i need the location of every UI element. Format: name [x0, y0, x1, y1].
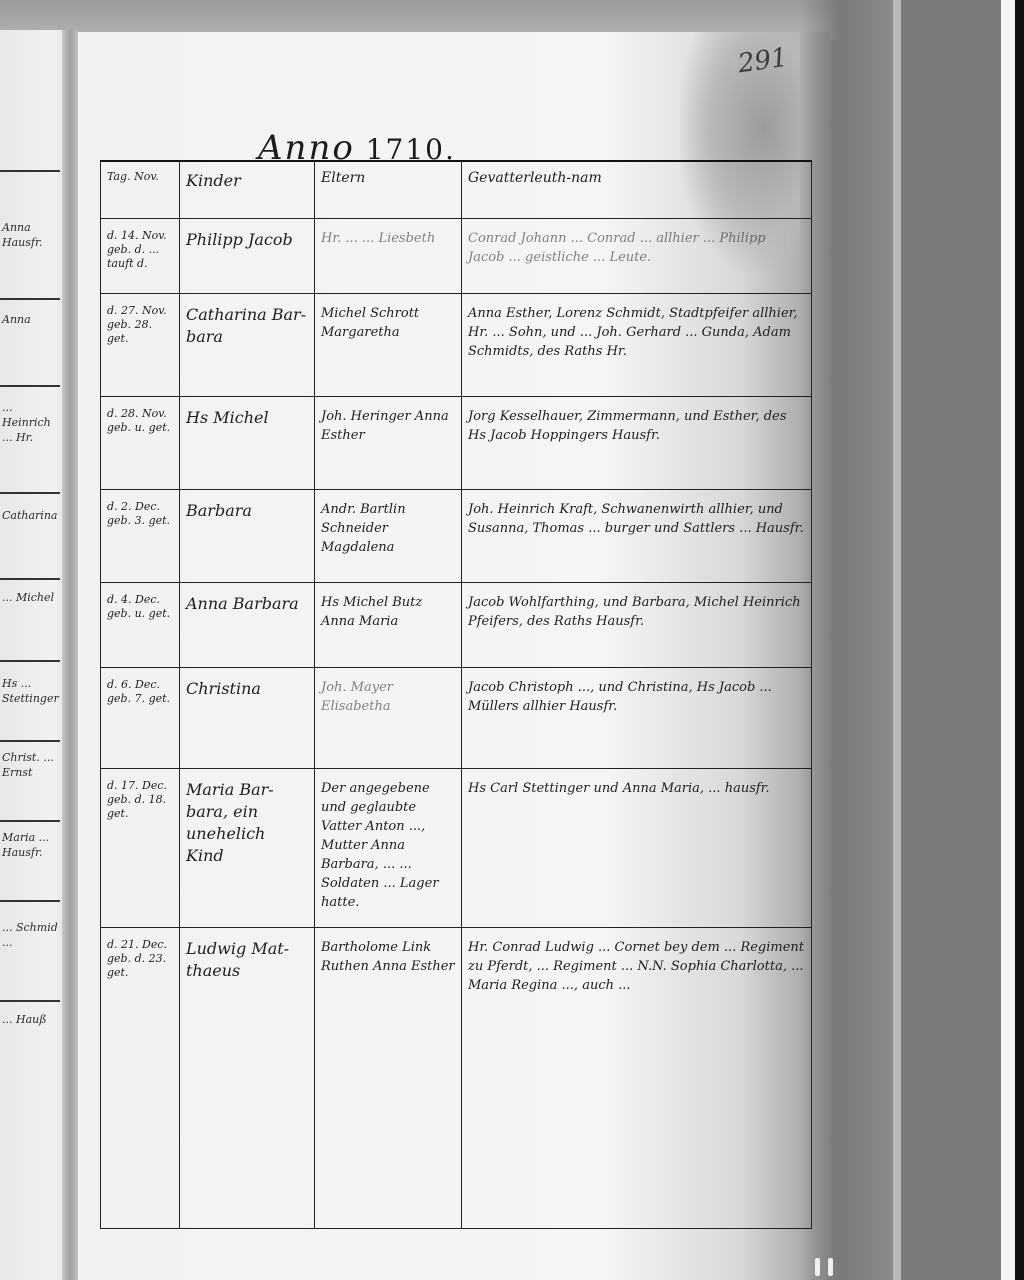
entry-godparents: Anna Esther, Lorenz Schmidt, Stadtpfeife…: [462, 294, 812, 397]
entry-child: Catharina Bar-bara: [180, 294, 315, 397]
left-fragment: Anna: [2, 312, 62, 327]
entry-godparents: Conrad Johann ... Conrad ... allhier ...…: [462, 219, 812, 294]
entry-parents: Bartholome Link Ruthen Anna Esther: [315, 928, 462, 1229]
table-row: d. 2. Dec. geb. 3. get. Barbara Andr. Ba…: [101, 490, 812, 583]
book-gutter: [62, 30, 78, 1280]
page-edge-shadow: [800, 0, 900, 1280]
entry-child: Ludwig Mat-thaeus: [180, 928, 315, 1229]
entry-parents: Joh. Heringer Anna Esther: [315, 397, 462, 490]
entry-child: Christina: [180, 668, 315, 769]
table-row: d. 4. Dec. geb. u. get. Anna Barbara Hs …: [101, 583, 812, 668]
ledger-rule: [0, 170, 60, 172]
table-row: d. 28. Nov. geb. u. get. Hs Michel Joh. …: [101, 397, 812, 490]
ledger-rule: [0, 820, 60, 822]
table-header: Tag. Nov. Kinder Eltern Gevatterleuth-na…: [101, 161, 812, 219]
entry-godparents: Jacob Wohlfarthing, und Barbara, Michel …: [462, 583, 812, 668]
entry-child: Hs Michel: [180, 397, 315, 490]
table-row: d. 6. Dec. geb. 7. get. Christina Joh. M…: [101, 668, 812, 769]
scan-background: [901, 0, 1001, 1280]
table-row: d. 21. Dec. geb. d. 23. get. Ludwig Mat-…: [101, 928, 812, 1229]
entry-date: d. 21. Dec. geb. d. 23. get.: [101, 928, 180, 1229]
left-fragment: ... Hauß: [2, 1012, 62, 1027]
ledger-rule: [0, 900, 60, 902]
entry-godparents: Jorg Kesselhauer, Zimmermann, und Esther…: [462, 397, 812, 490]
ledger-rule: [0, 385, 60, 387]
entry-date: d. 17. Dec. geb. d. 18. get.: [101, 769, 180, 928]
entry-godparents: Jacob Christoph ..., und Christina, Hs J…: [462, 668, 812, 769]
entry-godparents: Joh. Heinrich Kraft, Schwanenwirth allhi…: [462, 490, 812, 583]
column-header-parents: Eltern: [315, 161, 462, 219]
entry-date: d. 28. Nov. geb. u. get.: [101, 397, 180, 490]
scan-border-white: [1001, 0, 1015, 1280]
entry-parents: Andr. Bartlin Schneider Magdalena: [315, 490, 462, 583]
entry-child: Philipp Jacob: [180, 219, 315, 294]
ledger-rule: [0, 578, 60, 580]
table-row: d. 27. Nov. geb. 28. get. Catharina Bar-…: [101, 294, 812, 397]
entry-parents: Der angegebene und geglaubte Vatter Anto…: [315, 769, 462, 928]
left-fragment: Christ. ... Ernst: [2, 750, 62, 780]
entry-godparents: Hs Carl Stettinger und Anna Maria, ... h…: [462, 769, 812, 928]
column-header-godparents: Gevatterleuth-nam: [462, 161, 812, 219]
table-row: d. 17. Dec. geb. d. 18. get. Maria Bar-b…: [101, 769, 812, 928]
left-fragment: ... Heinrich ... Hr.: [2, 400, 62, 445]
entry-date: d. 2. Dec. geb. 3. get.: [101, 490, 180, 583]
entry-parents: Michel Schrott Margaretha: [315, 294, 462, 397]
entry-child: Barbara: [180, 490, 315, 583]
scan-edge-strip: [893, 0, 901, 1280]
ledger-rule: [0, 298, 60, 300]
entry-date: d. 6. Dec. geb. 7. get.: [101, 668, 180, 769]
baptism-register-table: Tag. Nov. Kinder Eltern Gevatterleuth-na…: [100, 160, 812, 1229]
entry-date: d. 14. Nov. geb. d. ... tauft d.: [101, 219, 180, 294]
table-row: d. 14. Nov. geb. d. ... tauft d. Philipp…: [101, 219, 812, 294]
left-fragment: ... Schmid ...: [2, 920, 62, 950]
entry-parents: Hr. ... ... Liesbeth: [315, 219, 462, 294]
left-fragment: Catharina: [2, 508, 62, 523]
left-fragment: Hs ... Stettinger: [2, 676, 62, 706]
entry-date: d. 4. Dec. geb. u. get.: [101, 583, 180, 668]
column-header-child: Kinder: [180, 161, 315, 219]
ledger-rule: [0, 740, 60, 742]
entry-parents: Hs Michel Butz Anna Maria: [315, 583, 462, 668]
left-fragment: Anna Hausfr.: [2, 220, 62, 250]
entry-child: Anna Barbara: [180, 583, 315, 668]
left-fragment: ... Michel: [2, 590, 62, 605]
ledger-rule: [0, 660, 60, 662]
left-fragment: Maria ... Hausfr.: [2, 830, 62, 860]
entry-child: Maria Bar-bara, ein unehelich Kind: [180, 769, 315, 928]
scan-border-black: [1015, 0, 1024, 1280]
entry-godparents: Hr. Conrad Ludwig ... Cornet bey dem ...…: [462, 928, 812, 1229]
entry-date: d. 27. Nov. geb. 28. get.: [101, 294, 180, 397]
entry-parents: Joh. Mayer Elisabetha: [315, 668, 462, 769]
ledger-rule: [0, 492, 60, 494]
column-header-date: Tag. Nov.: [101, 161, 180, 219]
ledger-rule: [0, 1000, 60, 1002]
scan-artifacts: [815, 1258, 845, 1280]
